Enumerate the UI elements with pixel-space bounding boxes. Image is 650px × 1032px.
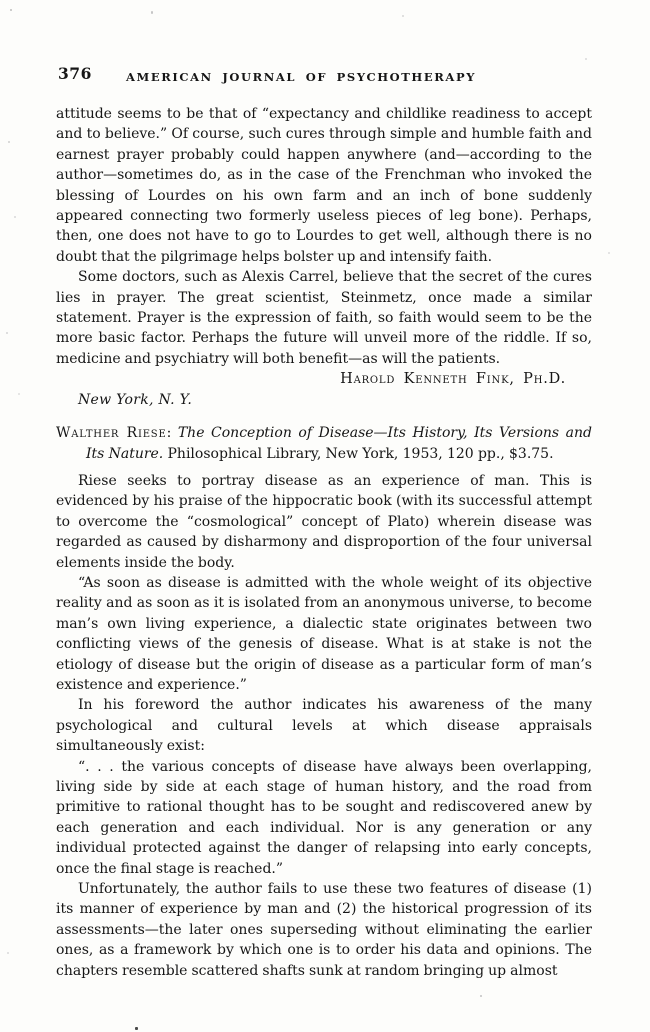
journal-page-scan: 376 AMERICAN JOURNAL OF PSYCHOTHERAPY at… [0, 0, 650, 1032]
running-head: 376 AMERICAN JOURNAL OF PSYCHOTHERAPY [56, 64, 592, 86]
riese-review-paragraph: Unfortunately, the author fails to use t… [56, 879, 592, 981]
scan-speck [402, 15, 404, 17]
scan-speck [151, 11, 153, 14]
reviewer-location: New York, N. Y. [56, 390, 592, 410]
scan-speck [18, 393, 20, 395]
book-review-citation: Walther Riese: The Conception of Disease… [56, 423, 592, 464]
scan-speck [608, 252, 610, 254]
fink-review-continuation-paragraph: attitude seems to be that of “expectancy… [56, 104, 592, 267]
scan-speck [480, 995, 482, 997]
riese-review-paragraph: In his foreword the author indicates his… [56, 695, 592, 756]
scan-speck [14, 216, 16, 218]
scan-speck [7, 952, 9, 954]
riese-review-paragraph: Riese seeks to portray disease as an exp… [56, 471, 592, 573]
scan-speck [10, 9, 12, 11]
riese-review-quote-paragraph: “. . . the various concepts of disease h… [56, 757, 592, 879]
scan-speck [8, 141, 10, 143]
page-body: attitude seems to be that of “expectancy… [56, 104, 592, 981]
fink-review-paragraph: Some doctors, such as Alexis Carrel, bel… [56, 267, 592, 369]
scan-speck [135, 1027, 138, 1030]
review-author: Walther Riese [56, 425, 167, 441]
reviewer-signature: Harold Kenneth Fink, Ph.D. [56, 369, 592, 389]
journal-title: AMERICAN JOURNAL OF PSYCHOTHERAPY [56, 67, 546, 87]
scan-speck [585, 58, 587, 60]
riese-review-quote-paragraph: “As soon as disease is admitted with the… [56, 573, 592, 695]
citation-imprint: Philosophical Library, New York, 1953, 1… [163, 446, 553, 462]
citation-colon: : [167, 425, 178, 441]
scan-speck [6, 332, 8, 334]
